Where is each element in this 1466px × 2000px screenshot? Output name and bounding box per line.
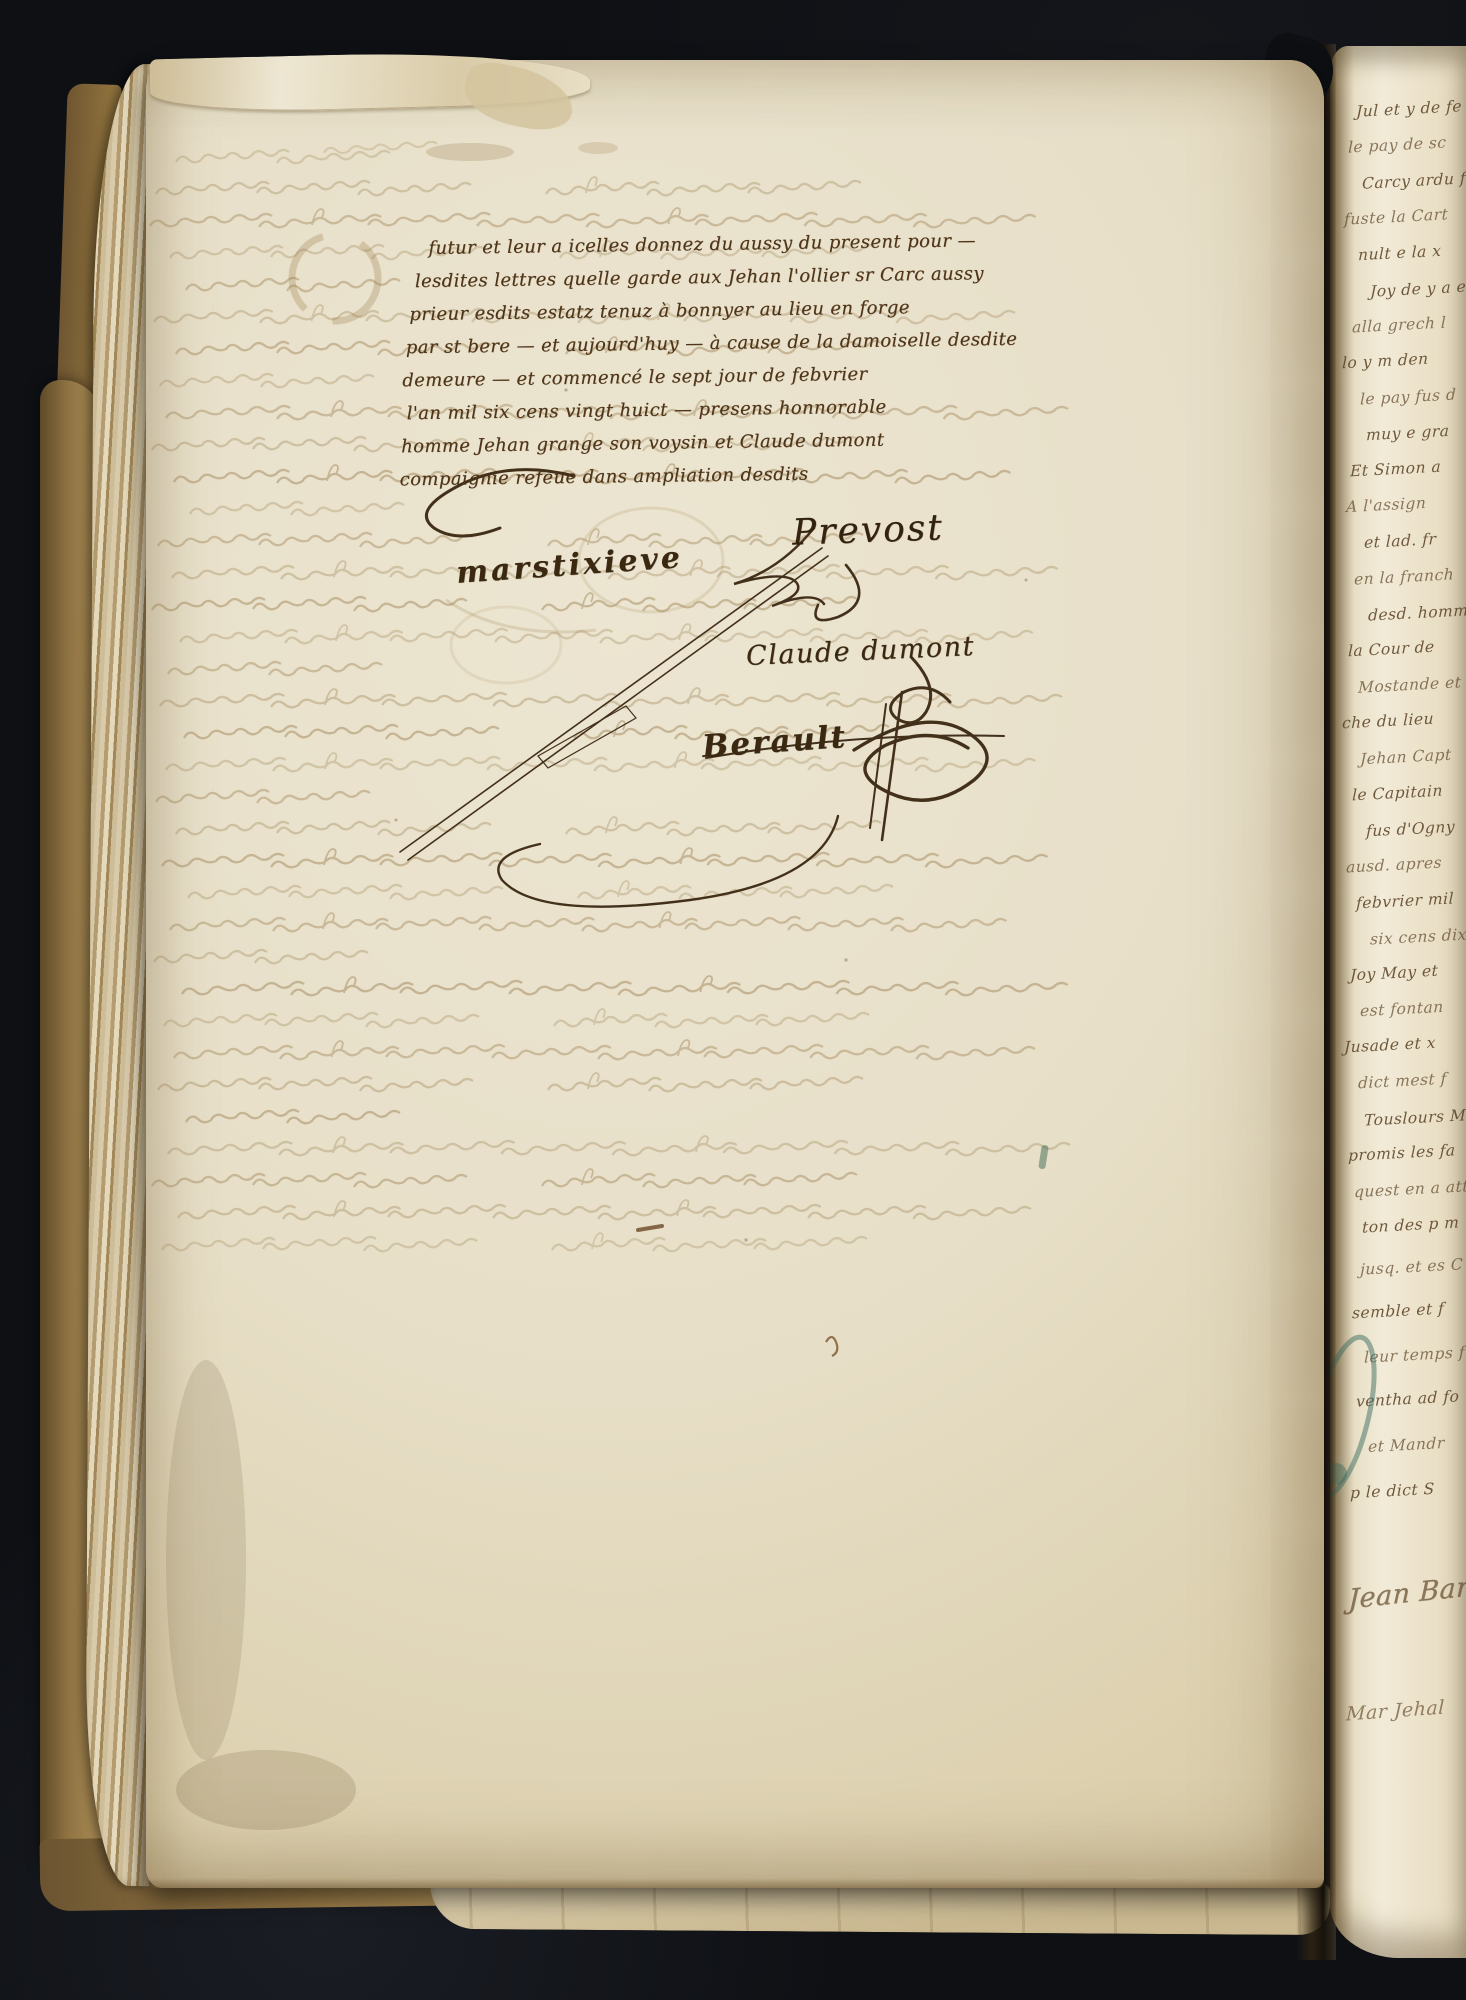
next-folio-page: Jul et y de fe le pay de sc Carcy ardu f… bbox=[1330, 46, 1466, 1958]
torn-bottom-edge bbox=[146, 1878, 1324, 1888]
manuscript-paragraph: futur et leur a icelles donnez du aussy … bbox=[400, 224, 1024, 497]
manuscript-page: futur et leur a icelles donnez du aussy … bbox=[146, 60, 1324, 1888]
green-ink-speck bbox=[1038, 1145, 1049, 1170]
signature-prevost: Prevost bbox=[791, 507, 944, 553]
archive-stamp bbox=[1330, 46, 1466, 1958]
archive-photo-background: Jul et y de fe le pay de sc Carcy ardu f… bbox=[0, 0, 1466, 2000]
